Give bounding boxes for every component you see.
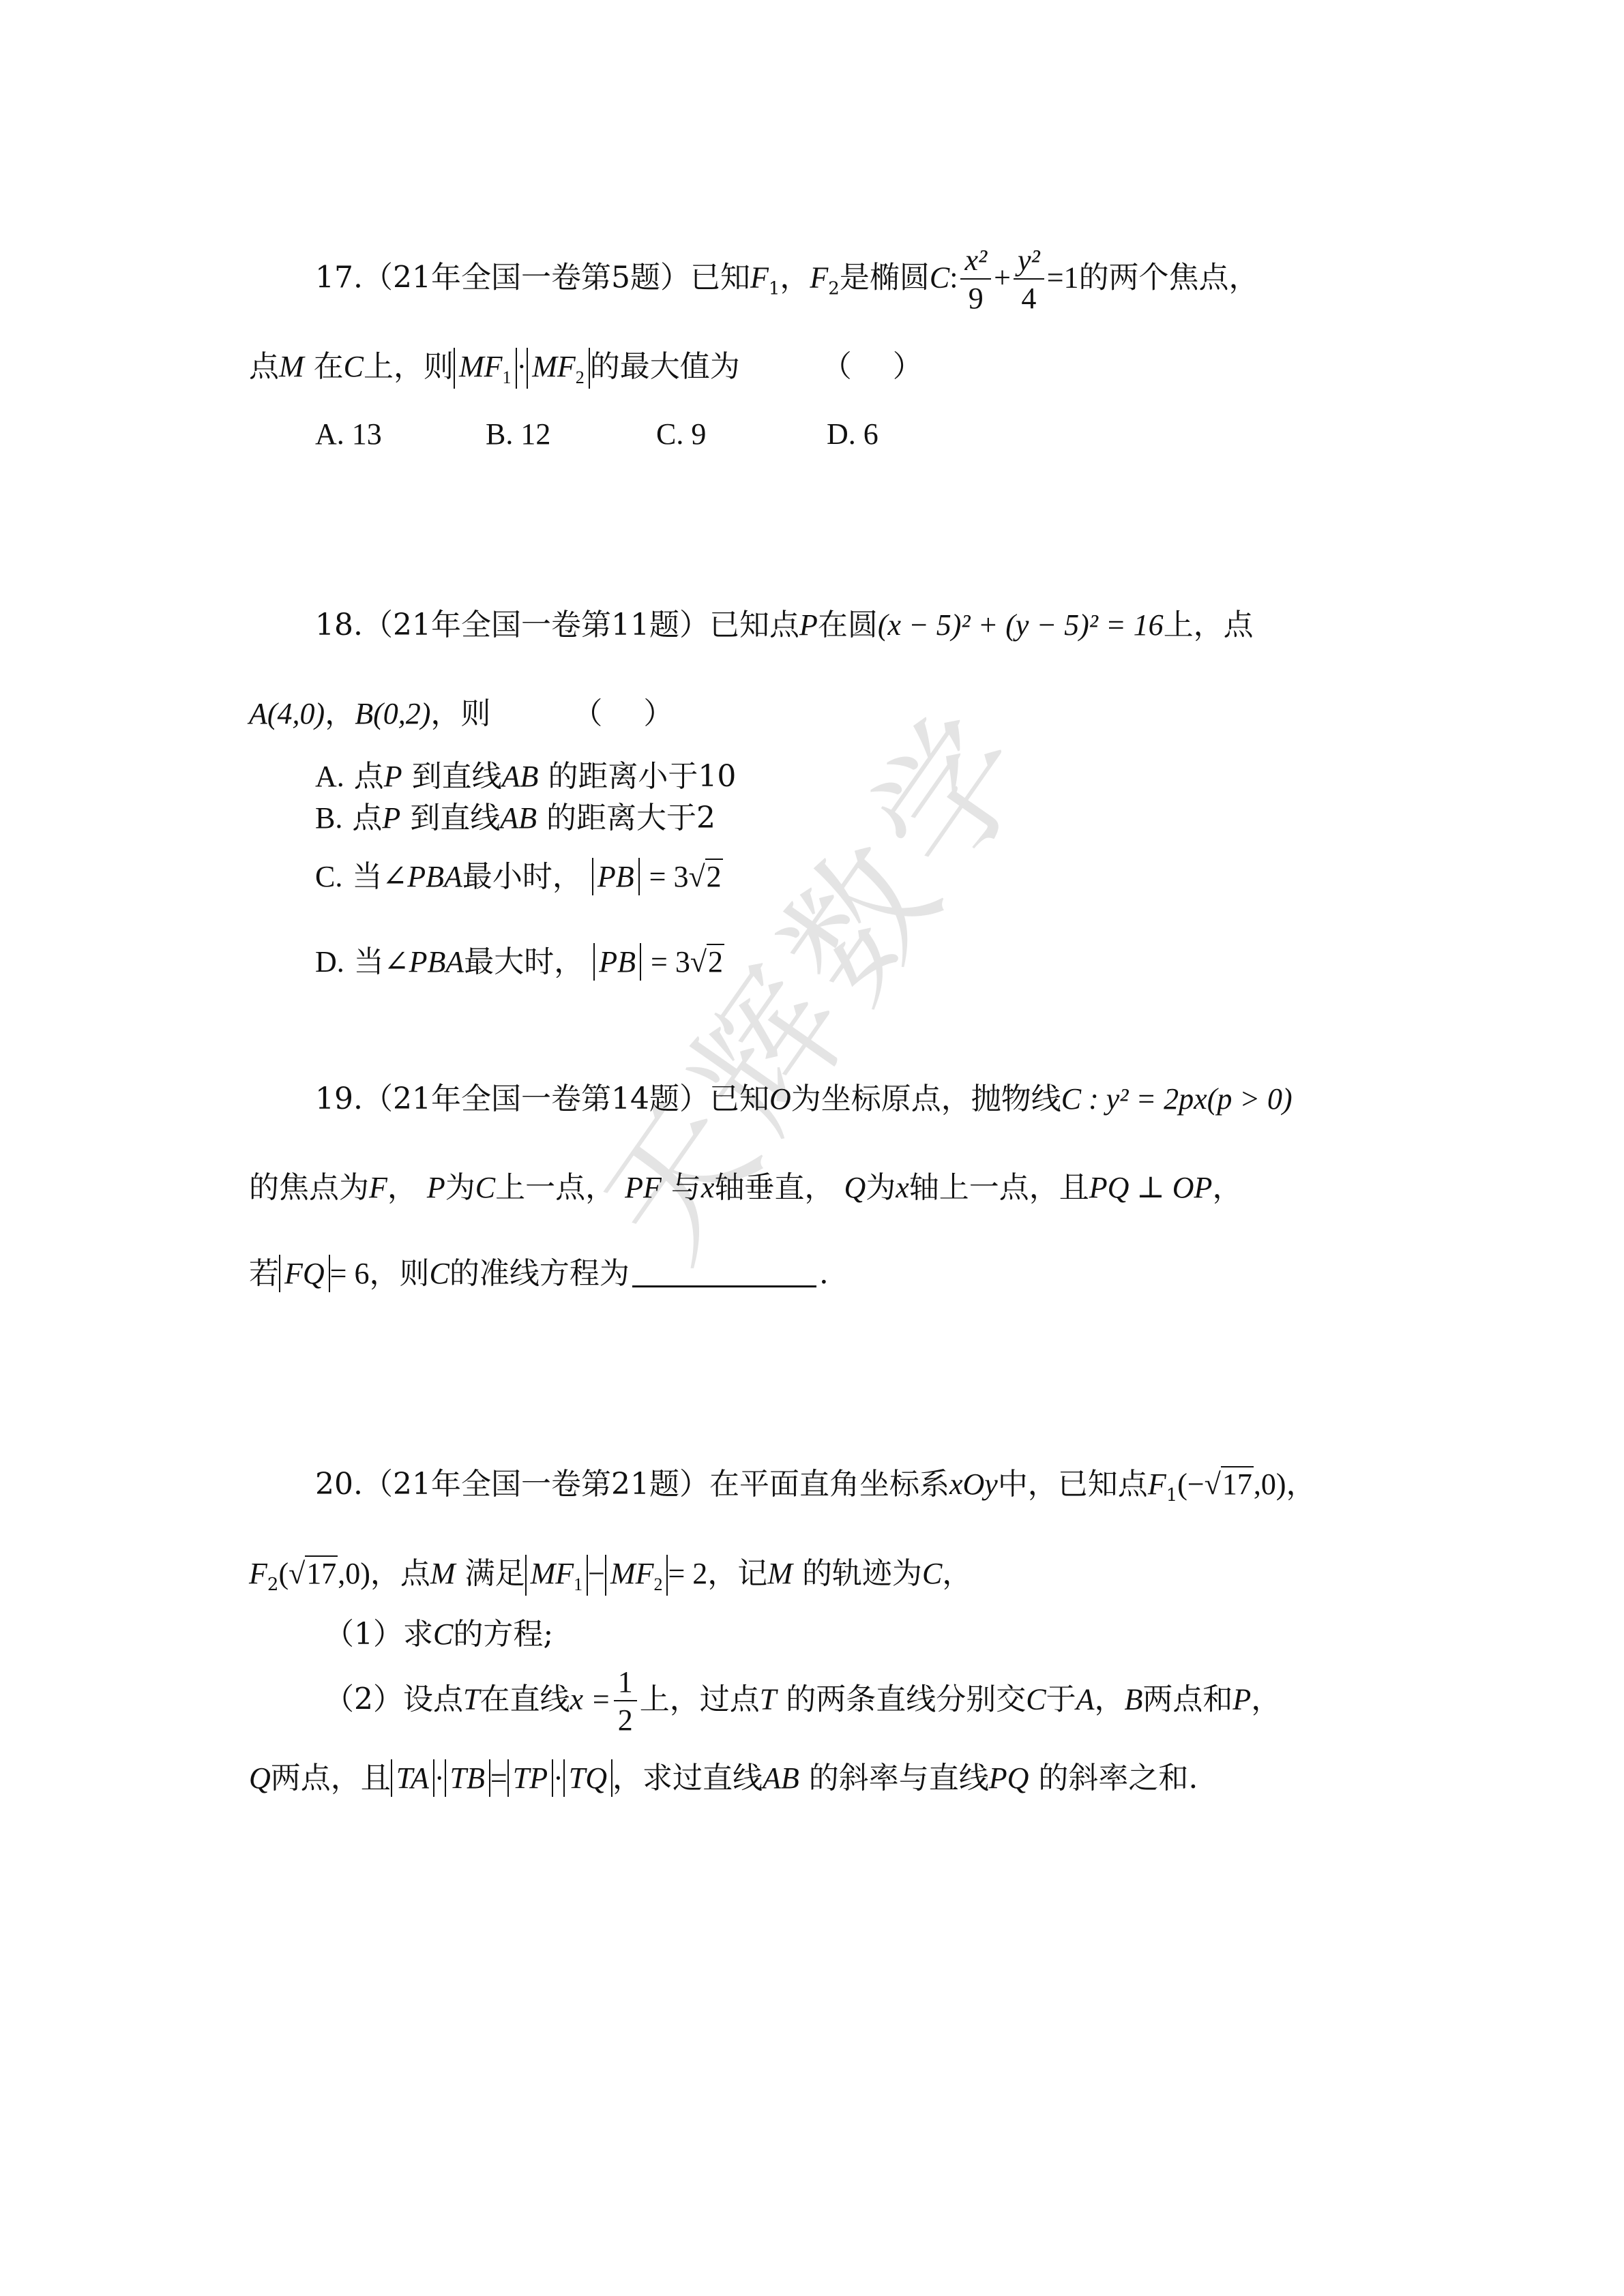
answer-blank[interactable]: （） <box>572 699 681 729</box>
text: 已知 <box>690 260 750 295</box>
math-var: M <box>767 1557 793 1590</box>
sqrt: √2 <box>690 947 724 977</box>
problem-18-option-c[interactable]: C. 当∠PBA最小时， PB = 3√2 <box>315 858 723 895</box>
text: 当 <box>354 944 384 979</box>
math-var: A(4,0) <box>249 697 325 730</box>
text: 的斜率与直线 <box>809 1761 989 1795</box>
math-var: C <box>344 350 364 383</box>
option-label: D. <box>315 945 344 979</box>
absolute-value: FQ <box>279 1255 330 1292</box>
text: ， <box>1212 1170 1242 1205</box>
paren-close: ） <box>643 699 673 729</box>
text: 为坐标原点，抛物线 <box>791 1082 1061 1116</box>
option-d[interactable]: D. 6 <box>827 419 997 449</box>
absolute-value: MF1 <box>525 1555 589 1596</box>
text: 已知 <box>709 1082 769 1116</box>
denominator: 9 <box>969 280 984 314</box>
text: 若 <box>249 1256 279 1291</box>
math-var: T <box>760 1683 776 1716</box>
text: 上，点 <box>1164 608 1254 642</box>
math-var: F <box>810 261 828 295</box>
subscript: 1 <box>503 368 512 387</box>
math-var: MF <box>610 1557 654 1590</box>
math-var: T <box>463 1683 479 1716</box>
text: 轴上一点，且 <box>909 1170 1089 1205</box>
text: 两点和 <box>1142 1682 1232 1717</box>
text: = 2 <box>668 1557 707 1590</box>
math-var: PQ <box>989 1761 1029 1795</box>
math-var: x <box>701 1171 715 1204</box>
problem-18-line1: 18.（21年全国一卷第11题）已知点P在圆(x − 5)² + (y − 5)… <box>315 610 1254 640</box>
text: 求 <box>403 1617 433 1652</box>
subscript: 1 <box>1166 1485 1178 1506</box>
text: 两点，且 <box>271 1761 391 1795</box>
math-var: x = <box>570 1683 610 1716</box>
problem-20-part2-line2: Q两点，且TA·TB=TP·TQ，求过直线AB 的斜率与直线PQ 的斜率之和. <box>249 1759 1198 1797</box>
text: 点 <box>249 349 279 384</box>
absolute-value: PB <box>593 943 641 981</box>
operator: − <box>588 1557 605 1590</box>
operator: · <box>553 1761 563 1795</box>
fraction: 12 <box>614 1667 637 1735</box>
text: 上一点， <box>495 1170 625 1205</box>
option-label: B. <box>486 417 513 451</box>
subscript: 2 <box>576 368 585 387</box>
subscript: 2 <box>828 278 840 299</box>
text: 的轨迹为 <box>802 1556 922 1591</box>
text: (− <box>1177 1467 1204 1501</box>
math-var: A <box>1076 1683 1095 1716</box>
option-label: A. <box>315 417 344 451</box>
text: 的最大值为 <box>590 349 740 384</box>
denominator: 4 <box>1021 280 1036 314</box>
text: 设点 <box>403 1682 463 1717</box>
math-var: AB <box>763 1761 799 1795</box>
problem-source: （21年全国一卷第11题） <box>363 608 709 642</box>
absolute-value: TB <box>445 1759 490 1797</box>
problem-20-part1: （1）求C的方程; <box>324 1620 553 1650</box>
math-var: F <box>369 1171 387 1204</box>
absolute-value: PB <box>592 858 640 895</box>
text: 上，则 <box>364 349 454 384</box>
text: ， <box>1251 1682 1281 1717</box>
absolute-value: MF2 <box>527 348 590 389</box>
text: 的方程; <box>453 1617 553 1652</box>
text: 已知点 <box>709 608 799 642</box>
parabola-equation: C : y² = 2px(p > 0) <box>1061 1082 1293 1116</box>
problem-number: 17. <box>315 260 363 295</box>
text: ， <box>387 1170 427 1205</box>
option-label: C. <box>315 860 342 893</box>
subscript: 1 <box>769 278 780 299</box>
absolute-value: MF2 <box>605 1555 668 1596</box>
subscript: 2 <box>653 1575 662 1594</box>
option-label: A. <box>315 760 344 793</box>
problem-17-options: A. 13B. 12C. 9D. 6 <box>315 419 997 449</box>
part-label: （1） <box>324 1617 403 1652</box>
text: 点 <box>354 759 384 794</box>
text: = 3 <box>649 860 689 893</box>
problem-19-line2: 的焦点为F， P为C上一点， PF 与x轴垂直， Q为x轴上一点，且PQ ⊥ O… <box>249 1173 1242 1203</box>
text: 为 <box>866 1170 896 1205</box>
fill-in-blank[interactable] <box>632 1285 816 1287</box>
option-text: 9 <box>691 417 706 451</box>
problem-20-part2: （2）设点T在直线x =12上，过点T 的两条直线分别交C于A，B两点和P， <box>324 1667 1281 1735</box>
option-a[interactable]: A. 13 <box>315 419 486 449</box>
text: 为 <box>445 1170 475 1205</box>
text: 轴垂直， <box>714 1170 844 1205</box>
problem-20-line1: 20.（21年全国一卷第21题）在平面直角坐标系xOy中，已知点F1(−√17,… <box>315 1470 1316 1504</box>
math-var: PQ ⊥ OP <box>1089 1171 1213 1204</box>
text: 在直线 <box>479 1682 570 1717</box>
problem-18-line2: A(4,0)，B(0,2)，则（） <box>249 699 681 729</box>
math-var: M <box>430 1557 456 1590</box>
option-label: D. <box>827 417 856 451</box>
text: =1 <box>1047 261 1079 295</box>
option-c[interactable]: C. 9 <box>656 419 827 449</box>
numerator: y² <box>1014 245 1044 280</box>
text: 点 <box>352 801 382 835</box>
text: ，则 <box>430 696 490 731</box>
problem-source: （21年全国一卷第21题） <box>363 1467 709 1502</box>
problem-source: （21年全国一卷第14题） <box>363 1082 709 1116</box>
operator: · <box>434 1761 445 1795</box>
math-var: P <box>799 608 818 642</box>
problem-number: 18. <box>315 608 363 642</box>
math-var: F <box>249 1557 267 1590</box>
text: ，点 <box>370 1556 430 1591</box>
text: 在 <box>314 349 344 384</box>
text: 最大时， <box>464 944 584 979</box>
text: 是椭圆 <box>840 260 930 295</box>
radicand: 17 <box>305 1555 338 1590</box>
problem-18-option-d[interactable]: D. 当∠PBA最大时， PB = 3√2 <box>315 943 724 981</box>
absolute-value: TA <box>391 1759 434 1797</box>
text: 于 <box>1046 1682 1076 1717</box>
text: 在圆 <box>818 608 878 642</box>
math-var: C <box>1026 1683 1046 1716</box>
circle-equation: (x − 5)² + (y − 5)² = 16 <box>878 608 1164 642</box>
math-var: MF <box>532 350 576 383</box>
text: ，求过直线 <box>612 1761 763 1795</box>
option-text: 13 <box>352 417 382 451</box>
math-var: P <box>1232 1683 1251 1716</box>
math-var: M <box>279 350 304 383</box>
math-var: AB <box>502 760 539 793</box>
problem-17-line1: 17.（21年全国一卷第5题）已知F1，F2是椭圆C:x²9+y²4=1的两个焦… <box>315 245 1259 314</box>
math-var: F <box>1148 1467 1166 1501</box>
text: 的距离小于10 <box>548 759 736 794</box>
text: 与 <box>662 1170 701 1205</box>
sqrt: √17 <box>1205 1470 1254 1500</box>
math-var: B <box>1124 1683 1142 1716</box>
text: 上，过点 <box>640 1682 760 1717</box>
math-var: P <box>384 760 402 793</box>
subscript: 1 <box>574 1575 582 1594</box>
absolute-value: MF1 <box>454 348 517 389</box>
problem-19-line3: 若FQ= 6，则C的准线方程为. <box>249 1255 829 1292</box>
problem-number: 19. <box>315 1082 363 1116</box>
math-var: O <box>769 1082 791 1116</box>
subscript: 2 <box>267 1575 279 1595</box>
problem-18-option-b[interactable]: B. 点P 到直线AB 的距离大于2 <box>315 803 715 833</box>
math-var: C <box>930 261 949 295</box>
math-var: PF <box>625 1171 662 1204</box>
option-b[interactable]: B. 12 <box>486 419 656 449</box>
radicand: 2 <box>705 859 723 893</box>
math-var: C <box>922 1557 942 1590</box>
absolute-value: TQ <box>563 1759 612 1797</box>
sqrt: √2 <box>688 862 722 892</box>
option-text: 12 <box>520 417 550 451</box>
paren-open: （ <box>572 699 602 729</box>
math-var: Q <box>844 1171 866 1204</box>
text: 在平面直角坐标系 <box>709 1467 949 1502</box>
problem-17-line2: 点M 在C上，则MF1·MF2的最大值为（） <box>249 348 931 389</box>
problem-18-option-a[interactable]: A. 点P 到直线AB 的距离小于10 <box>315 762 736 792</box>
text: 当 <box>352 859 382 894</box>
math-angle: ∠PBA <box>384 945 464 979</box>
text: 满足 <box>465 1556 525 1591</box>
option-text: 6 <box>863 417 879 451</box>
math-var: C <box>429 1257 449 1290</box>
absolute-value: TP <box>507 1759 553 1797</box>
paren-close: ） <box>893 352 923 382</box>
text: ,0) <box>1254 1467 1286 1501</box>
option-label: B. <box>315 801 342 835</box>
math-var: C <box>475 1171 495 1204</box>
math-var: MF <box>459 350 503 383</box>
math-var: P <box>382 801 400 835</box>
operator: = <box>490 1761 507 1795</box>
paren-open: （ <box>822 352 852 382</box>
text: = 3 <box>651 945 690 979</box>
numerator: x² <box>960 245 991 280</box>
fraction: x²9 <box>960 245 991 314</box>
denominator: 2 <box>618 1701 633 1735</box>
text: . <box>819 1256 829 1291</box>
math-var: xOy <box>949 1467 998 1501</box>
text: 的距离大于2 <box>546 801 715 835</box>
text: 的焦点为 <box>249 1170 369 1205</box>
text: 最小时， <box>462 859 582 894</box>
text: : <box>949 261 958 295</box>
text: 的两条直线分别交 <box>786 1682 1026 1717</box>
text: ， <box>1286 1467 1316 1502</box>
radicand: 2 <box>707 944 724 979</box>
text: ( <box>278 1557 289 1590</box>
operator: · <box>517 350 527 383</box>
math-var: Q <box>249 1761 271 1795</box>
answer-blank[interactable]: （） <box>822 352 931 382</box>
math-var: x <box>896 1171 909 1204</box>
math-angle: ∠PBA <box>382 860 462 893</box>
math-var: P <box>427 1171 445 1204</box>
text: 的准线方程为 <box>449 1256 630 1291</box>
text: ， <box>780 260 810 295</box>
problem-number: 20. <box>315 1467 363 1502</box>
numerator: 1 <box>614 1667 637 1701</box>
part-label: （2） <box>324 1682 403 1717</box>
text: ，记 <box>707 1556 767 1591</box>
text: 到直线 <box>410 801 500 835</box>
text: 到直线 <box>412 759 502 794</box>
operator: + <box>994 261 1011 295</box>
option-label: C. <box>656 417 683 451</box>
text: ， <box>325 696 355 731</box>
problem-19-line1: 19.（21年全国一卷第14题）已知O为坐标原点，抛物线C : y² = 2px… <box>315 1084 1293 1114</box>
text: ,0) <box>338 1557 370 1590</box>
math-var: B(0,2) <box>355 697 430 730</box>
text: ，则 <box>369 1256 429 1291</box>
radicand: 17 <box>1221 1466 1254 1501</box>
text: 的斜率之和. <box>1038 1761 1198 1795</box>
text: ， <box>1094 1682 1124 1717</box>
text: 中，已知点 <box>998 1467 1148 1502</box>
math-var: C <box>433 1617 453 1651</box>
math-var: AB <box>500 801 537 835</box>
problem-source: （21年全国一卷第5题） <box>363 260 690 295</box>
problem-20-line2: F2(√17,0)，点M 满足MF1−MF2= 2，记M 的轨迹为C， <box>249 1555 972 1596</box>
math-var: F <box>750 261 769 295</box>
sqrt: √17 <box>289 1559 338 1589</box>
fraction: y²4 <box>1014 245 1044 314</box>
text: ， <box>942 1556 972 1591</box>
math-var: MF <box>531 1557 574 1590</box>
text: 的两个焦点， <box>1079 260 1259 295</box>
text: = 6 <box>330 1257 370 1290</box>
